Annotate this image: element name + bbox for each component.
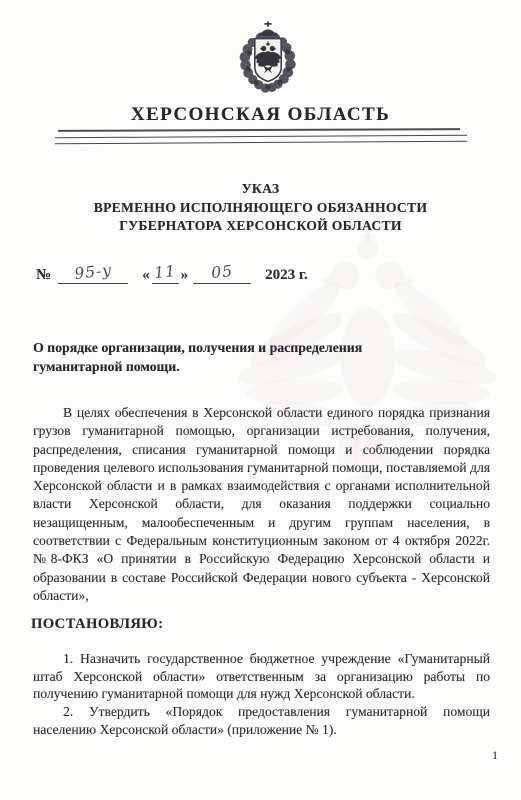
doc-type-heading: УКАЗ [0,180,521,199]
preamble-paragraph: В целях обеспечения в Херсонской области… [33,404,490,605]
letterhead-underline [58,128,460,131]
decree-document-page: ХЕРСОНСКАЯ ОБЛАСТЬ УКАЗ ВРЕМЕННО ИСПОЛНЯ… [0,0,521,800]
decree-subject: О порядке организации, получения и распр… [33,338,418,376]
resolution-item-2: 2. Утвердить «Порядок предоставления гум… [33,703,490,738]
authority-line-1: ВРЕМЕННО ИСПОЛНЯЮЩЕГО ОБЯЗАННОСТИ [0,199,521,218]
page-number: 1 [486,748,504,763]
close-quote: » [181,267,189,284]
day-field: 11 [152,260,179,284]
decree-title-block: УКАЗ ВРЕМЕННО ИСПОЛНЯЮЩЕГО ОБЯЗАННОСТИ Г… [0,180,521,236]
letterhead-double-rule [55,135,467,145]
authority-line-2: ГУБЕРНАТОРА ХЕРСОНСКОЙ ОБЛАСТИ [0,217,521,236]
kherson-coat-of-arms-icon [235,21,301,101]
number-sign: № [36,267,51,284]
resolution-item-1: 1. Назначить государственное бюджетное у… [33,650,490,703]
month-handwritten: 05 [211,262,234,282]
year-printed: 2023 г. [265,267,308,284]
decree-number-handwritten: 95-у [74,261,114,283]
month-field: 05 [193,260,251,284]
resolution-heading: ПОСТАНОВЛЯЮ: [31,616,163,633]
region-title: ХЕРСОНСКАЯ ОБЛАСТЬ [0,104,521,126]
day-handwritten: 11 [154,262,177,282]
open-quote: « [142,267,150,284]
number-and-date-row: № 95-у « 11 » 05 2023 г. [36,256,308,284]
decree-number-field: 95-у [58,260,128,284]
